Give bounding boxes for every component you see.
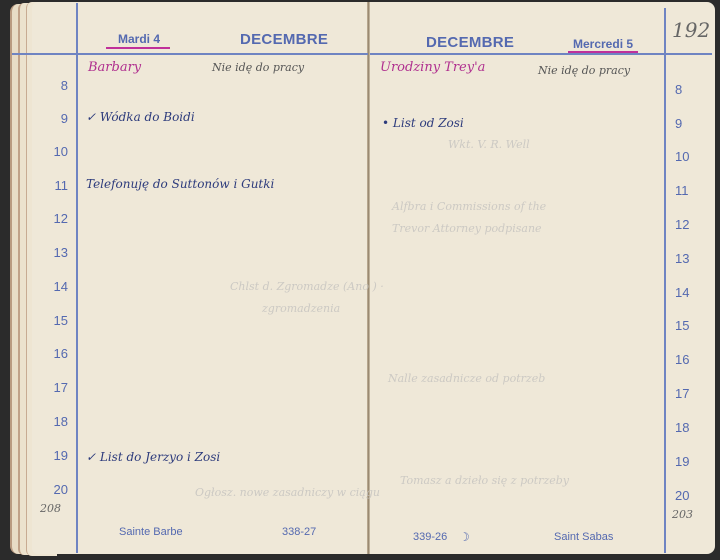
right-hour-16: 16 bbox=[675, 352, 697, 367]
left-margin-rule bbox=[76, 3, 78, 553]
moon-phase-icon: ☽ bbox=[459, 530, 470, 544]
right-saint-name: Saint Sabas bbox=[554, 531, 613, 543]
right-day-label: Mercredi 5 bbox=[573, 37, 633, 51]
right-hour-18: 18 bbox=[675, 420, 697, 435]
right-ghost-note-5: Tomasz a dzieło się z potrzeby bbox=[400, 474, 569, 487]
left-day-number: 338-27 bbox=[282, 526, 316, 538]
left-hour-19: 19 bbox=[46, 448, 68, 463]
right-ghost-note-2: Alfbra i Commissions of the bbox=[392, 200, 546, 213]
right-ghost-note-4: Nalle zasadnicze od potrzeb bbox=[388, 372, 545, 385]
right-hour-11: 11 bbox=[675, 183, 697, 198]
left-page bbox=[32, 2, 368, 554]
right-ghost-note-3: Trevor Attorney podpisane bbox=[392, 222, 542, 235]
left-entry-19: ✓ List do Jerzyo i Zosi bbox=[86, 450, 220, 464]
left-hour-12: 12 bbox=[46, 211, 68, 226]
right-header-rule bbox=[370, 53, 712, 55]
right-note-top-right: Nie idę do pracy bbox=[538, 64, 630, 77]
left-entry-9: ✓ Wódka do Boidi bbox=[86, 110, 195, 124]
left-hour-14: 14 bbox=[46, 279, 68, 294]
left-day-underline bbox=[106, 47, 170, 49]
left-hour-18: 18 bbox=[46, 414, 68, 429]
left-pencil-number: 208 bbox=[40, 502, 61, 515]
left-hour-8: 8 bbox=[46, 78, 68, 93]
left-note-top-right: Nie idę do pracy bbox=[212, 61, 304, 74]
right-hour-19: 19 bbox=[675, 454, 697, 469]
left-entry-11: Telefonuję do Suttonów i Gutki bbox=[86, 177, 274, 191]
right-hour-9: 9 bbox=[675, 116, 697, 131]
left-hour-9: 9 bbox=[46, 111, 68, 126]
right-note-top-magenta: Urodziny Trey'a bbox=[380, 60, 485, 75]
left-ghost-note-2: zgromadzenia bbox=[262, 302, 340, 315]
right-hour-14: 14 bbox=[675, 285, 697, 300]
right-day-underline bbox=[568, 51, 638, 53]
left-hour-20: 20 bbox=[46, 482, 68, 497]
left-hour-11: 11 bbox=[46, 178, 68, 193]
right-hour-10: 10 bbox=[675, 149, 697, 164]
right-hour-15: 15 bbox=[675, 318, 697, 333]
left-ghost-note-1: Chlst d. Zgromadze (Ano ) · bbox=[230, 280, 384, 293]
right-ghost-note-1: Wkt. V. R. Well bbox=[448, 138, 530, 151]
right-hour-17: 17 bbox=[675, 386, 697, 401]
left-hour-17: 17 bbox=[46, 380, 68, 395]
left-header-rule bbox=[12, 53, 368, 55]
left-hour-13: 13 bbox=[46, 245, 68, 260]
right-margin-rule bbox=[664, 8, 666, 553]
right-page-number: 192 bbox=[672, 18, 710, 42]
left-ghost-note-3: Ogłosz. nowe zasadniczy w ciągu bbox=[195, 486, 380, 499]
right-month-header: DECEMBRE bbox=[426, 34, 514, 51]
right-hour-8: 8 bbox=[675, 82, 697, 97]
right-hour-13: 13 bbox=[675, 251, 697, 266]
left-day-label: Mardi 4 bbox=[118, 32, 160, 46]
book-gutter bbox=[367, 2, 370, 554]
left-note-top-magenta: Barbary bbox=[88, 60, 141, 75]
left-hour-16: 16 bbox=[46, 346, 68, 361]
left-hour-15: 15 bbox=[46, 313, 68, 328]
right-day-number: 339-26 bbox=[413, 531, 447, 543]
right-hour-20: 20 bbox=[675, 488, 697, 503]
right-entry-9: • List od Zosi bbox=[382, 116, 464, 130]
left-saint-name: Sainte Barbe bbox=[119, 526, 183, 538]
right-pencil-number: 203 bbox=[672, 508, 693, 521]
right-hour-12: 12 bbox=[675, 217, 697, 232]
left-month-header: DECEMBRE bbox=[240, 31, 328, 48]
left-hour-10: 10 bbox=[46, 144, 68, 159]
